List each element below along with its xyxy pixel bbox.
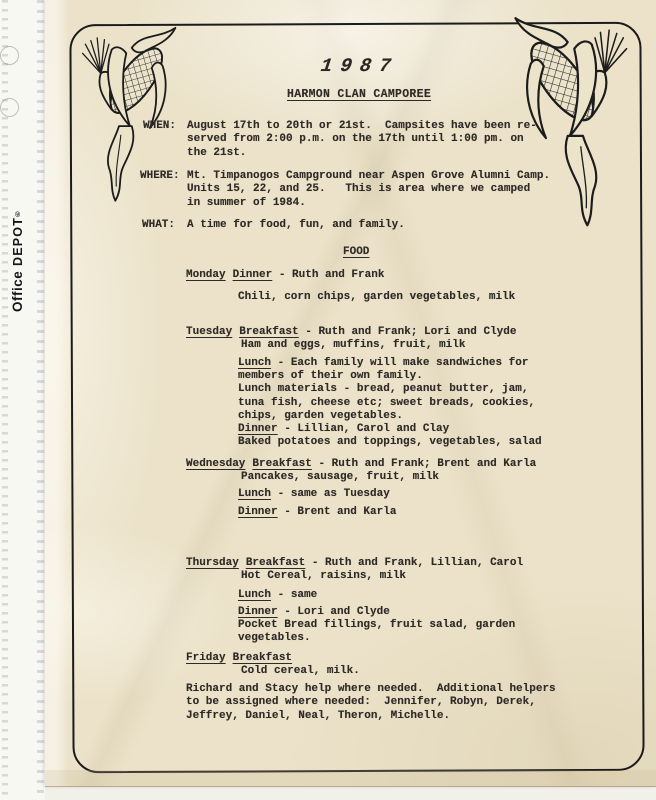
office-depot-logo-depot: DEPOT [11,217,25,266]
food-section-heading: FOOD [343,246,369,259]
wednesday-lunch-heading: Lunch - same as Tuesday [238,488,390,501]
thursday-dinner-menu: Pocket Bread fillings, fruit salad, gard… [238,619,515,646]
assigned-cooks: - Brent and Karla [278,506,397,518]
when-text: August 17th to 20th or 21st. Campsites h… [187,120,537,160]
meal-name: Dinner [238,423,278,435]
friday-breakfast-heading: FridayBreakfast [186,652,292,665]
binder-hole [0,46,19,65]
tuesday-lunch-detail: members of their own family. Lunch mater… [238,370,535,424]
thursday-breakfast-heading: ThursdayBreakfast - Ruth and Frank, Lill… [186,557,523,570]
meal-name: Breakfast [239,326,298,338]
year-heading: 1987 [319,55,400,77]
office-depot-logo: OfficeDEPOT® [9,182,27,312]
friday-breakfast-menu: Cold cereal, milk. [241,665,360,678]
where-text: Mt. Timpanogos Campground near Aspen Gro… [187,170,550,210]
meal-name: Lunch [238,589,271,601]
meal-name: Breakfast [233,652,292,664]
tuesday-breakfast-heading: TuesdayBreakfast - Ruth and Frank; Lori … [186,326,516,339]
assigned-cooks: - Ruth and Frank; Brent and Karla [312,458,536,470]
registered-trademark-icon: ® [14,209,21,217]
meal-name: Breakfast [252,458,311,470]
tuesday-breakfast-menu: Ham and eggs, muffins, fruit, milk [241,339,465,352]
assigned-cooks: - Lillian, Carol and Clay [278,423,450,435]
lunch-note: - same [271,589,317,601]
lunch-note: - Each family will make sandwiches for [271,357,528,369]
monday-dinner-menu: Chili, corn chips, garden vegetables, mi… [238,291,515,304]
meal-name: Dinner [238,506,278,518]
assigned-cooks: - Ruth and Frank; Lori and Clyde [299,326,517,338]
day-name: Friday [186,652,226,664]
office-depot-logo-office: Office [10,271,25,312]
thursday-breakfast-menu: Hot Cereal, raisins, milk [241,570,406,583]
assigned-cooks: - Ruth and Frank, Lillian, Carol [305,557,523,569]
protector-serration-right [37,0,44,800]
scanned-flyer: OfficeDEPOT® [0,0,656,800]
what-label: WHAT: [142,219,175,232]
document-title: HARMON CLAN CAMPOREE [287,88,431,101]
day-name: Wednesday [186,458,245,470]
flyer-paper: 1987 HARMON CLAN CAMPOREE WHEN: August 1… [45,0,656,787]
monday-dinner-heading: MondayDinner - Ruth and Frank [186,269,384,282]
meal-name: Lunch [238,488,271,500]
meal-name: Lunch [238,357,271,369]
sheet-protector-strip: OfficeDEPOT® [0,0,45,800]
assigned-cooks: - Lori and Clyde [278,606,390,618]
tuesday-dinner-menu: Baked potatoes and toppings, vegetables,… [238,436,542,449]
tuesday-dinner-heading: Dinner - Lillian, Carol and Clay [238,423,449,436]
protector-serration-left [2,0,8,800]
day-name: Thursday [186,557,239,569]
helpers-note: Richard and Stacy help where needed. Add… [186,683,556,723]
wednesday-dinner-heading: Dinner - Brent and Karla [238,506,396,519]
binder-hole [0,98,19,117]
meal-name: Dinner [238,606,278,618]
assigned-cooks: - Ruth and Frank [272,269,384,281]
when-label: WHEN: [143,120,176,133]
meal-name: Dinner [233,269,273,281]
wednesday-breakfast-heading: WednesdayBreakfast - Ruth and Frank; Bre… [186,458,536,471]
thursday-dinner-heading: Dinner - Lori and Clyde [238,606,390,619]
meal-name: Breakfast [246,557,305,569]
lunch-note: - same as Tuesday [271,488,390,500]
day-name: Monday [186,269,226,281]
where-label: WHERE: [140,170,180,183]
tuesday-lunch-heading: Lunch - Each family will make sandwiches… [238,357,528,370]
what-text: A time for food, fun, and family. [187,219,405,232]
day-name: Tuesday [186,326,232,338]
wednesday-breakfast-menu: Pancakes, sausage, fruit, milk [241,471,439,484]
thursday-lunch-heading: Lunch - same [238,589,317,602]
